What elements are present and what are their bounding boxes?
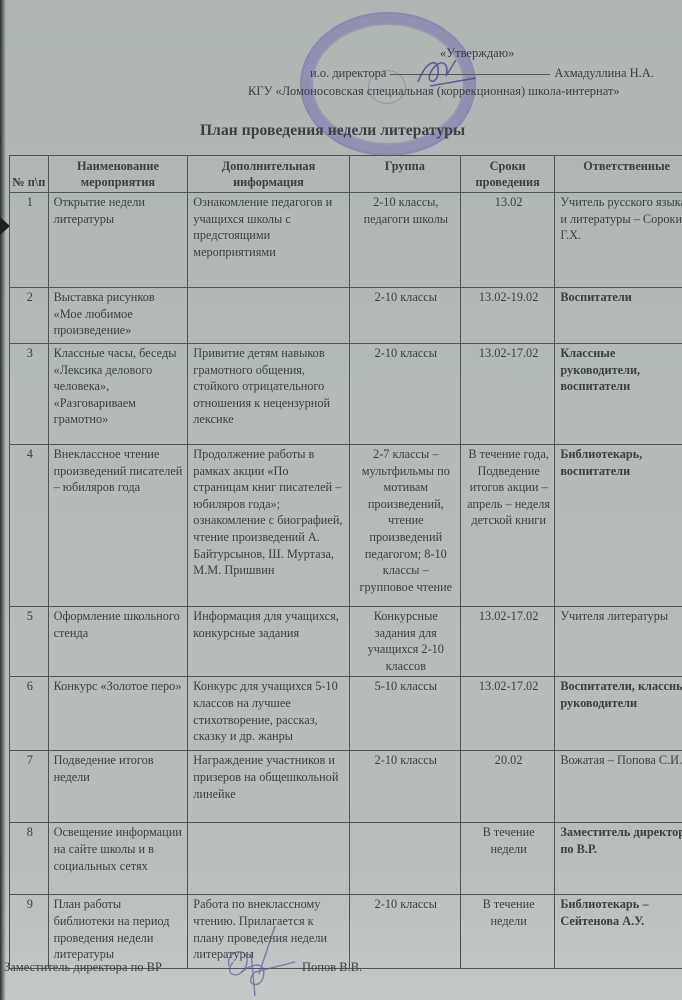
approver-name: Ахмадуллина Н.А. (554, 66, 654, 80)
row-number: 5 (10, 607, 49, 677)
target-group (349, 823, 460, 895)
event-dates: В течение недели (460, 895, 554, 969)
event-dates: 20.02 (460, 751, 554, 823)
row-number: 3 (10, 344, 49, 445)
additional-info: Конкурс для учащихся 5-10 классов на луч… (188, 677, 349, 751)
footer-name: Попов В.В. (302, 960, 362, 975)
footer-signature-line: Заместитель директора по ВР Попов В.В. (4, 960, 162, 975)
table-row: 3Классные часы, беседы «Лексика делового… (10, 344, 682, 445)
table-row: 7Подведение итогов неделиНаграждение уча… (10, 751, 682, 823)
additional-info: Информация для учащихся, конкурсные зада… (188, 607, 349, 677)
approver-line: и.о. директораАхмадуллина Н.А. (310, 66, 654, 81)
additional-info: Ознакомление педагогов и учащихся школы … (188, 193, 349, 288)
target-group: 5-10 классы (349, 677, 460, 751)
responsible-persons: Классные руководители, воспитатели (555, 344, 682, 445)
responsible-persons: Воспитатели, классные руководители (555, 677, 682, 751)
event-dates: 13.02-17.02 (460, 607, 554, 677)
additional-info: Работа по внеклассному чтению. Прилагает… (188, 895, 349, 969)
column-header-responsible: Ответственные (555, 156, 682, 193)
signature-blank (390, 74, 550, 75)
event-name: Подведение итогов недели (48, 751, 188, 823)
additional-info: Привитие детям навыков грамотного общени… (188, 344, 349, 445)
approver-position: и.о. директора (310, 66, 386, 80)
table-header-row: № п\п Наименование мероприятия Дополните… (10, 156, 682, 193)
target-group: 2-10 классы (349, 288, 460, 344)
additional-info: Награждение участников и призеров на общ… (188, 751, 349, 823)
responsible-persons: Библиотекарь, воспитатели (555, 445, 682, 607)
responsible-persons: Заместитель директора по В.Р. (555, 823, 682, 895)
page-title: План проведения недели литературы (200, 122, 465, 140)
row-number: 4 (10, 445, 49, 607)
responsible-persons: Учитель русского языка и литературы – Со… (555, 193, 682, 288)
column-header-group: Группа (349, 156, 460, 193)
table-row: 1Открытие недели литературыОзнакомление … (10, 193, 682, 288)
target-group: 2-10 классы (349, 895, 460, 969)
target-group: 2-10 классы (349, 751, 460, 823)
target-group: 2-7 классы – мультфильмы по мотивам прои… (349, 445, 460, 607)
table-row: 9План работы библиотеки на период провед… (10, 895, 682, 969)
event-name: Освещение информации на сайте школы и в … (48, 823, 188, 895)
table-row: 2Выставка рисунков «Мое любимое произвед… (10, 288, 682, 344)
column-header-dates: Сроки проведения (460, 156, 554, 193)
event-name: Конкурс «Золотое перо» (48, 677, 188, 751)
target-group: 2-10 классы, педагоги школы (349, 193, 460, 288)
event-name: Классные часы, беседы «Лексика делового … (48, 344, 188, 445)
footer-position: Заместитель директора по ВР (4, 960, 162, 974)
event-name: План работы библиотеки на период проведе… (48, 895, 188, 969)
additional-info (188, 823, 349, 895)
responsible-persons: Вожатая – Попова С.И. (555, 751, 682, 823)
column-header-number: № п\п (10, 156, 49, 193)
row-number: 6 (10, 677, 49, 751)
event-dates: 13.02 (460, 193, 554, 288)
row-number: 2 (10, 288, 49, 344)
row-number: 1 (10, 193, 49, 288)
event-dates: В течение недели (460, 823, 554, 895)
table-row: 4Внеклассное чтение произведений писател… (10, 445, 682, 607)
event-dates: 13.02-17.02 (460, 677, 554, 751)
event-name: Внеклассное чтение произведений писателе… (48, 445, 188, 607)
event-name: Выставка рисунков «Мое любимое произведе… (48, 288, 188, 344)
responsible-persons: Библиотекарь – Сейтенова А.У. (555, 895, 682, 969)
responsible-persons: Учителя литературы (555, 607, 682, 677)
row-number: 7 (10, 751, 49, 823)
table-row: 5Оформление школьного стендаИнформация д… (10, 607, 682, 677)
event-dates: В течение года, Подведение итогов акции … (460, 445, 554, 607)
event-dates: 13.02-17.02 (460, 344, 554, 445)
additional-info: Продолжение работы в рамках акции «По ст… (188, 445, 349, 607)
table-row: 8Освещение информации на сайте школы и в… (10, 823, 682, 895)
page-shadow-edge (0, 0, 6, 1000)
table-row: 6Конкурс «Золотое перо»Конкурс для учащи… (10, 677, 682, 751)
approve-label: «Утверждаю» (440, 46, 514, 61)
additional-info (188, 288, 349, 344)
organization-name: КГУ «Ломоносовская специальная (коррекци… (248, 84, 620, 99)
target-group: 2-10 классы (349, 344, 460, 445)
event-name: Открытие недели литературы (48, 193, 188, 288)
column-header-info: Дополнительная информация (188, 156, 349, 193)
responsible-persons: Воспитатели (555, 288, 682, 344)
column-header-event: Наименование мероприятия (48, 156, 188, 193)
event-name: Оформление школьного стенда (48, 607, 188, 677)
row-number: 8 (10, 823, 49, 895)
event-dates: 13.02-19.02 (460, 288, 554, 344)
target-group: Конкурсные задания для учащихся 2-10 кла… (349, 607, 460, 677)
row-number: 9 (10, 895, 49, 969)
events-table: № п\п Наименование мероприятия Дополните… (9, 155, 682, 969)
